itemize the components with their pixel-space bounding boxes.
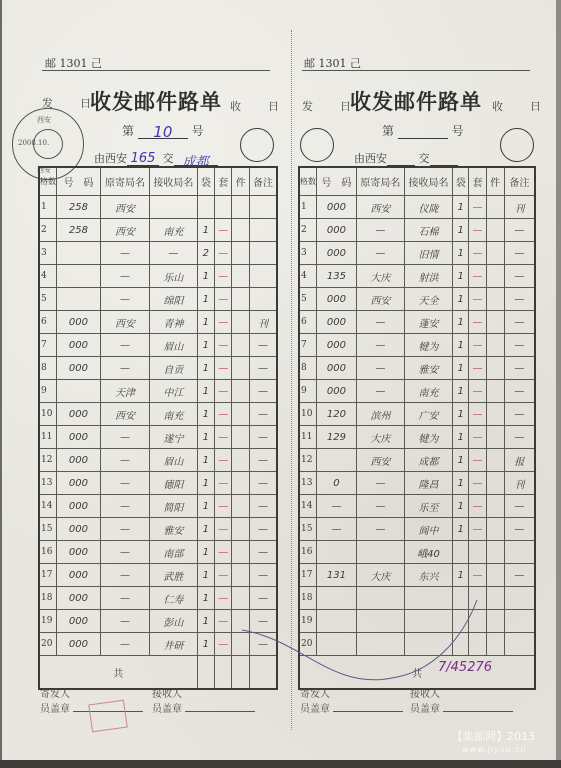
cell-code[interactable]: 0	[317, 472, 357, 495]
cell-code[interactable]: 000	[57, 495, 101, 518]
cell-bag[interactable]: 1	[197, 357, 214, 380]
cell-note[interactable]: —	[249, 518, 277, 541]
cell-set[interactable]	[469, 541, 486, 564]
cell-piece[interactable]	[486, 403, 504, 426]
cell-bag[interactable]: 1	[453, 518, 469, 541]
cell-to[interactable]: 彭山	[150, 610, 197, 633]
cell-bag[interactable]: 1	[453, 288, 469, 311]
cell-bag[interactable]: 1	[197, 380, 214, 403]
cell-to[interactable]	[404, 587, 452, 610]
cell-piece[interactable]	[486, 495, 504, 518]
cell-code[interactable]: 000	[57, 472, 101, 495]
cell-note[interactable]: —	[249, 403, 277, 426]
table-row: 1258西安	[39, 196, 277, 219]
cell-code[interactable]	[317, 633, 357, 656]
cell-to[interactable]: 简阳	[150, 495, 197, 518]
cell-code[interactable]: 000	[317, 380, 357, 403]
cell-from[interactable]: —	[100, 541, 149, 564]
cell-bag[interactable]: 1	[197, 288, 214, 311]
cell-note[interactable]: —	[249, 449, 277, 472]
cell-from[interactable]: 西安	[100, 311, 149, 334]
cell-code[interactable]: 000	[317, 219, 357, 242]
cell-bag[interactable]	[197, 196, 214, 219]
cell-piece[interactable]	[232, 219, 249, 242]
header-rule	[42, 70, 270, 71]
cell-to[interactable]: 仪陇	[404, 196, 452, 219]
cell-from[interactable]: 西安	[356, 288, 404, 311]
cell-code[interactable]: 000	[57, 610, 101, 633]
cell-from[interactable]	[356, 610, 404, 633]
table-row: 9天津中江1——	[39, 380, 277, 403]
cell-note[interactable]: —	[504, 288, 535, 311]
cell-bag[interactable]: 1	[453, 472, 469, 495]
cell-to[interactable]	[404, 633, 452, 656]
cell-set[interactable]: —	[215, 265, 232, 288]
cell-piece[interactable]	[486, 449, 504, 472]
route-number-field[interactable]: 165	[127, 151, 159, 166]
cell-to[interactable]: 广安	[404, 403, 452, 426]
cell-piece[interactable]	[232, 564, 249, 587]
cell-bag[interactable]: 1	[453, 219, 469, 242]
cell-bag[interactable]	[453, 541, 469, 564]
cell-set[interactable]: —	[215, 610, 232, 633]
cell-from[interactable]: —	[100, 587, 149, 610]
cell-to[interactable]: 天全	[404, 288, 452, 311]
cell-to[interactable]: 雅安	[404, 357, 452, 380]
cell-from[interactable]: 天津	[100, 380, 149, 403]
cell-note[interactable]	[249, 196, 277, 219]
cell-code[interactable]: 000	[57, 587, 101, 610]
cell-to[interactable]: 绵阳	[150, 288, 197, 311]
cell-note[interactable]: —	[249, 472, 277, 495]
cell-code[interactable]: 000	[317, 311, 357, 334]
cell-note[interactable]: —	[504, 357, 535, 380]
cell-code[interactable]	[317, 541, 357, 564]
cell-from[interactable]: —	[100, 426, 149, 449]
cell-piece[interactable]	[486, 334, 504, 357]
cell-to[interactable]: 井研	[150, 633, 197, 656]
cell-from[interactable]: 西安	[100, 403, 149, 426]
cell-to[interactable]: 青神	[150, 311, 197, 334]
cell-note[interactable]: —	[504, 242, 535, 265]
cell-bag[interactable]	[453, 633, 469, 656]
cell-set[interactable]: —	[215, 518, 232, 541]
cell-to[interactable]: 南充	[150, 219, 197, 242]
cell-bag[interactable]: 1	[453, 564, 469, 587]
cell-set[interactable]: —	[469, 357, 486, 380]
cell-from[interactable]: 西安	[100, 196, 149, 219]
cell-from[interactable]: —	[100, 495, 149, 518]
cell-bag[interactable]: 1	[197, 265, 214, 288]
cell-piece[interactable]	[232, 495, 249, 518]
cell-set[interactable]	[469, 633, 486, 656]
cell-to[interactable]	[404, 610, 452, 633]
cell-to[interactable]: 武胜	[150, 564, 197, 587]
cell-set[interactable]	[469, 587, 486, 610]
cell-to[interactable]: 南充	[150, 403, 197, 426]
cell-note[interactable]: —	[249, 357, 277, 380]
cell-set[interactable]: —	[215, 288, 232, 311]
cell-code[interactable]: 129	[317, 426, 357, 449]
cell-piece[interactable]	[486, 357, 504, 380]
cell-from[interactable]: —	[356, 472, 404, 495]
cell-code[interactable]: 000	[57, 403, 101, 426]
cell-note[interactable]: —	[249, 564, 277, 587]
cell-set[interactable]: —	[469, 219, 486, 242]
cell-set[interactable]: —	[469, 495, 486, 518]
cell-code[interactable]	[317, 449, 357, 472]
cell-piece[interactable]	[486, 587, 504, 610]
cell-code[interactable]	[57, 380, 101, 403]
cell-bag[interactable]: 1	[453, 380, 469, 403]
cell-bag[interactable]: 1	[197, 518, 214, 541]
cell-n: 10	[39, 403, 57, 426]
cell-from[interactable]: —	[100, 242, 149, 265]
cell-note[interactable]: —	[249, 610, 277, 633]
cell-bag[interactable]	[453, 610, 469, 633]
cell-note[interactable]: —	[504, 518, 535, 541]
cell-from[interactable]: —	[356, 518, 404, 541]
table-header: 格数 号 码 原寄局名 接收局名 袋 套 件 备注	[299, 167, 535, 196]
cell-to[interactable]: 自贡	[150, 357, 197, 380]
cell-code[interactable]	[57, 242, 101, 265]
cell-bag[interactable]: 1	[453, 334, 469, 357]
cell-code[interactable]: 258	[57, 219, 101, 242]
cell-set[interactable]: —	[469, 380, 486, 403]
cell-set[interactable]	[215, 196, 232, 219]
cell-to[interactable]	[150, 196, 197, 219]
table-row: 16000—南部1——	[39, 541, 277, 564]
cell-set[interactable]: —	[469, 564, 486, 587]
cell-set[interactable]: —	[469, 449, 486, 472]
sender-signature-line[interactable]	[333, 701, 403, 712]
cell-set[interactable]: —	[469, 288, 486, 311]
cell-from[interactable]: —	[100, 449, 149, 472]
receiver-signature-line[interactable]	[185, 701, 255, 712]
cell-code[interactable]: 000	[57, 334, 101, 357]
cell-set[interactable]: —	[215, 633, 232, 656]
cell-note[interactable]: 刊	[249, 311, 277, 334]
cell-note[interactable]: —	[504, 334, 535, 357]
cell-note[interactable]: —	[249, 633, 277, 656]
cell-to[interactable]: 犍为	[404, 334, 452, 357]
cell-piece[interactable]	[486, 633, 504, 656]
cell-set[interactable]: —	[469, 518, 486, 541]
cell-code[interactable]: 000	[57, 449, 101, 472]
cell-from[interactable]: —	[356, 334, 404, 357]
cell-piece[interactable]	[486, 541, 504, 564]
cell-code[interactable]: 000	[317, 242, 357, 265]
cell-set[interactable]: —	[215, 242, 232, 265]
cell-from[interactable]: —	[100, 633, 149, 656]
cell-code[interactable]: 258	[57, 196, 101, 219]
cell-bag[interactable]: 1	[197, 541, 214, 564]
cell-to[interactable]: 犍为	[404, 426, 452, 449]
cell-piece[interactable]	[232, 265, 249, 288]
cell-from[interactable]: —	[100, 564, 149, 587]
cell-piece[interactable]	[232, 242, 249, 265]
cell-note[interactable]	[504, 587, 535, 610]
cell-code[interactable]: 131	[317, 564, 357, 587]
cell-to[interactable]: 遂宁	[150, 426, 197, 449]
cell-code[interactable]	[57, 288, 101, 311]
cell-piece[interactable]	[232, 311, 249, 334]
cell-from[interactable]	[356, 541, 404, 564]
cell-to[interactable]: 旧情	[404, 242, 452, 265]
cell-note[interactable]: —	[249, 380, 277, 403]
cell-set[interactable]: —	[215, 403, 232, 426]
cell-from[interactable]: —	[100, 334, 149, 357]
cell-piece[interactable]	[486, 472, 504, 495]
cell-piece[interactable]	[232, 426, 249, 449]
cell-to[interactable]: 南充	[404, 380, 452, 403]
cell-bag[interactable]: 1	[197, 495, 214, 518]
cell-bag[interactable]: 2	[197, 242, 214, 265]
cell-code[interactable]: 135	[317, 265, 357, 288]
cell-note[interactable]	[504, 610, 535, 633]
cell-from[interactable]	[356, 587, 404, 610]
cell-piece[interactable]	[486, 242, 504, 265]
cell-set[interactable]	[469, 610, 486, 633]
cell-code[interactable]	[57, 265, 101, 288]
cell-from[interactable]: 西安	[356, 449, 404, 472]
cell-set[interactable]: —	[215, 311, 232, 334]
cell-to[interactable]: 射洪	[404, 265, 452, 288]
receiver-signature: 接收人 员盖章	[410, 688, 513, 716]
sequence-number-field[interactable]: 10	[138, 123, 188, 139]
cell-bag[interactable]: 1	[197, 564, 214, 587]
cell-from[interactable]: —	[100, 288, 149, 311]
route-number-field[interactable]	[387, 151, 415, 166]
route-dest-field[interactable]: 成都	[174, 151, 218, 166]
cell-set[interactable]: —	[215, 472, 232, 495]
cell-to[interactable]: 蓬安	[404, 311, 452, 334]
cell-set[interactable]: —	[215, 357, 232, 380]
cell-note[interactable]: —	[504, 426, 535, 449]
cell-piece[interactable]	[486, 518, 504, 541]
cell-code[interactable]: —	[317, 518, 357, 541]
cell-to[interactable]: 德阳	[150, 472, 197, 495]
cell-set[interactable]: —	[469, 403, 486, 426]
cell-set[interactable]: —	[469, 265, 486, 288]
cell-piece[interactable]	[232, 587, 249, 610]
cell-set[interactable]: —	[215, 541, 232, 564]
cell-to[interactable]: 峨40	[404, 541, 452, 564]
cell-piece[interactable]	[232, 403, 249, 426]
cell-note[interactable]: —	[249, 426, 277, 449]
cell-from[interactable]: —	[356, 357, 404, 380]
cell-piece[interactable]	[486, 196, 504, 219]
cell-code[interactable]: 000	[317, 357, 357, 380]
cell-to[interactable]: 石棉	[404, 219, 452, 242]
cell-bag[interactable]: 1	[197, 587, 214, 610]
cell-bag[interactable]: 1	[453, 403, 469, 426]
cell-note[interactable]: —	[504, 380, 535, 403]
cell-piece[interactable]	[232, 334, 249, 357]
cell-note[interactable]: 刊	[504, 472, 535, 495]
cell-bag[interactable]: 1	[197, 403, 214, 426]
cell-piece[interactable]	[232, 633, 249, 656]
cell-code[interactable]: 120	[317, 403, 357, 426]
cell-from[interactable]: —	[100, 518, 149, 541]
cell-from[interactable]: 大庆	[356, 564, 404, 587]
cell-from[interactable]: 西安	[100, 219, 149, 242]
cell-set[interactable]: —	[469, 242, 486, 265]
cell-from[interactable]: —	[100, 265, 149, 288]
cell-code[interactable]: —	[317, 495, 357, 518]
cell-bag[interactable]: 1	[453, 311, 469, 334]
cell-from[interactable]: —	[356, 495, 404, 518]
cell-note[interactable]: 刊	[504, 196, 535, 219]
cell-to[interactable]: 仁寿	[150, 587, 197, 610]
cell-note[interactable]: 报	[504, 449, 535, 472]
cell-set[interactable]: —	[215, 449, 232, 472]
receiver-signature-line[interactable]	[443, 701, 513, 712]
cell-note[interactable]	[249, 288, 277, 311]
cell-piece[interactable]	[486, 610, 504, 633]
cell-from[interactable]: —	[100, 472, 149, 495]
cell-bag[interactable]: 1	[453, 196, 469, 219]
cell-piece[interactable]	[232, 472, 249, 495]
cell-piece[interactable]	[232, 518, 249, 541]
cell-from[interactable]: 滨州	[356, 403, 404, 426]
cell-code[interactable]: 000	[317, 334, 357, 357]
cell-set[interactable]: —	[215, 426, 232, 449]
cell-to[interactable]: 乐山	[150, 265, 197, 288]
cell-set[interactable]: —	[469, 196, 486, 219]
cell-bag[interactable]: 1	[197, 610, 214, 633]
cell-piece[interactable]	[486, 288, 504, 311]
cell-note[interactable]: —	[504, 403, 535, 426]
cell-to[interactable]: 中江	[150, 380, 197, 403]
cell-note[interactable]	[504, 541, 535, 564]
cell-code[interactable]: 000	[57, 518, 101, 541]
cell-note[interactable]: —	[249, 587, 277, 610]
cell-to[interactable]: 眉山	[150, 449, 197, 472]
cell-bag[interactable]: 1	[197, 472, 214, 495]
cell-bag[interactable]: 1	[453, 242, 469, 265]
cell-to[interactable]: 乐至	[404, 495, 452, 518]
cell-note[interactable]: —	[504, 311, 535, 334]
cell-code[interactable]: 000	[317, 288, 357, 311]
cell-piece[interactable]	[232, 541, 249, 564]
cell-set[interactable]: —	[215, 334, 232, 357]
cell-piece[interactable]	[486, 426, 504, 449]
cell-from[interactable]: 大庆	[356, 265, 404, 288]
cell-from[interactable]: —	[100, 357, 149, 380]
cell-set[interactable]: —	[215, 380, 232, 403]
total-handwritten: 7/45276	[438, 660, 492, 675]
cell-note[interactable]: —	[249, 495, 277, 518]
cell-bag[interactable]: 1	[197, 334, 214, 357]
cell-set[interactable]: —	[215, 495, 232, 518]
cell-code[interactable]: 000	[317, 196, 357, 219]
cell-piece[interactable]	[232, 288, 249, 311]
cell-from[interactable]: —	[356, 242, 404, 265]
cell-from[interactable]: —	[356, 380, 404, 403]
cell-to[interactable]: 隆昌	[404, 472, 452, 495]
route-dest-field[interactable]	[430, 151, 458, 166]
sequence-number-field[interactable]	[398, 123, 448, 139]
cell-piece[interactable]	[232, 449, 249, 472]
cell-bag[interactable]: 1	[453, 449, 469, 472]
cell-set[interactable]: —	[215, 564, 232, 587]
cell-note[interactable]: —	[249, 334, 277, 357]
cell-piece[interactable]	[486, 380, 504, 403]
cell-to[interactable]: 成都	[404, 449, 452, 472]
cell-bag[interactable]: 1	[453, 265, 469, 288]
cell-to[interactable]: 南部	[150, 541, 197, 564]
cell-code[interactable]: 000	[57, 426, 101, 449]
cell-piece[interactable]	[486, 564, 504, 587]
cell-bag[interactable]: 1	[197, 426, 214, 449]
cell-set[interactable]: —	[215, 587, 232, 610]
cell-code[interactable]	[317, 610, 357, 633]
cell-from[interactable]: 大庆	[356, 426, 404, 449]
cell-note[interactable]	[249, 242, 277, 265]
table-row: 1000西安仪陇1—刊	[299, 196, 535, 219]
cell-bag[interactable]: 1	[453, 357, 469, 380]
cell-bag[interactable]: 1	[197, 311, 214, 334]
cell-set[interactable]: —	[469, 311, 486, 334]
cell-set[interactable]: —	[469, 472, 486, 495]
cell-bag[interactable]: 1	[197, 633, 214, 656]
cell-to[interactable]: 雅安	[150, 518, 197, 541]
cell-note[interactable]: —	[504, 265, 535, 288]
cell-bag[interactable]	[453, 587, 469, 610]
cell-piece[interactable]	[486, 265, 504, 288]
cell-from[interactable]: —	[356, 219, 404, 242]
cell-set[interactable]: —	[469, 426, 486, 449]
cell-bag[interactable]: 1	[453, 495, 469, 518]
cell-bag[interactable]: 1	[197, 219, 214, 242]
cell-piece[interactable]	[486, 311, 504, 334]
cell-piece[interactable]	[232, 196, 249, 219]
sequence-number: 第 10 号	[122, 122, 204, 139]
cell-piece[interactable]	[486, 219, 504, 242]
cell-piece[interactable]	[232, 610, 249, 633]
cell-to[interactable]: —	[150, 242, 197, 265]
cell-code[interactable]: 000	[57, 564, 101, 587]
cell-from[interactable]: —	[356, 311, 404, 334]
cell-to[interactable]: 阆中	[404, 518, 452, 541]
cell-from[interactable]: —	[100, 610, 149, 633]
cell-note[interactable]	[504, 633, 535, 656]
cell-note[interactable]	[249, 219, 277, 242]
cell-bag[interactable]: 1	[453, 426, 469, 449]
cell-bag[interactable]: 1	[197, 449, 214, 472]
cell-n: 11	[299, 426, 317, 449]
cell-to[interactable]: 东兴	[404, 564, 452, 587]
cell-piece[interactable]	[232, 357, 249, 380]
cell-code[interactable]: 000	[57, 311, 101, 334]
cell-note[interactable]: —	[504, 564, 535, 587]
cell-code[interactable]: 000	[57, 633, 101, 656]
cell-set[interactable]: —	[215, 219, 232, 242]
cell-code[interactable]: 000	[57, 541, 101, 564]
cell-code[interactable]: 000	[57, 357, 101, 380]
cell-from[interactable]: 西安	[356, 196, 404, 219]
cell-from[interactable]	[356, 633, 404, 656]
cell-note[interactable]	[249, 265, 277, 288]
cell-piece[interactable]	[232, 380, 249, 403]
cell-note[interactable]: —	[249, 541, 277, 564]
cell-note[interactable]: —	[504, 219, 535, 242]
cell-code[interactable]	[317, 587, 357, 610]
cell-to[interactable]: 眉山	[150, 334, 197, 357]
cell-note[interactable]: —	[504, 495, 535, 518]
cell-set[interactable]: —	[469, 334, 486, 357]
